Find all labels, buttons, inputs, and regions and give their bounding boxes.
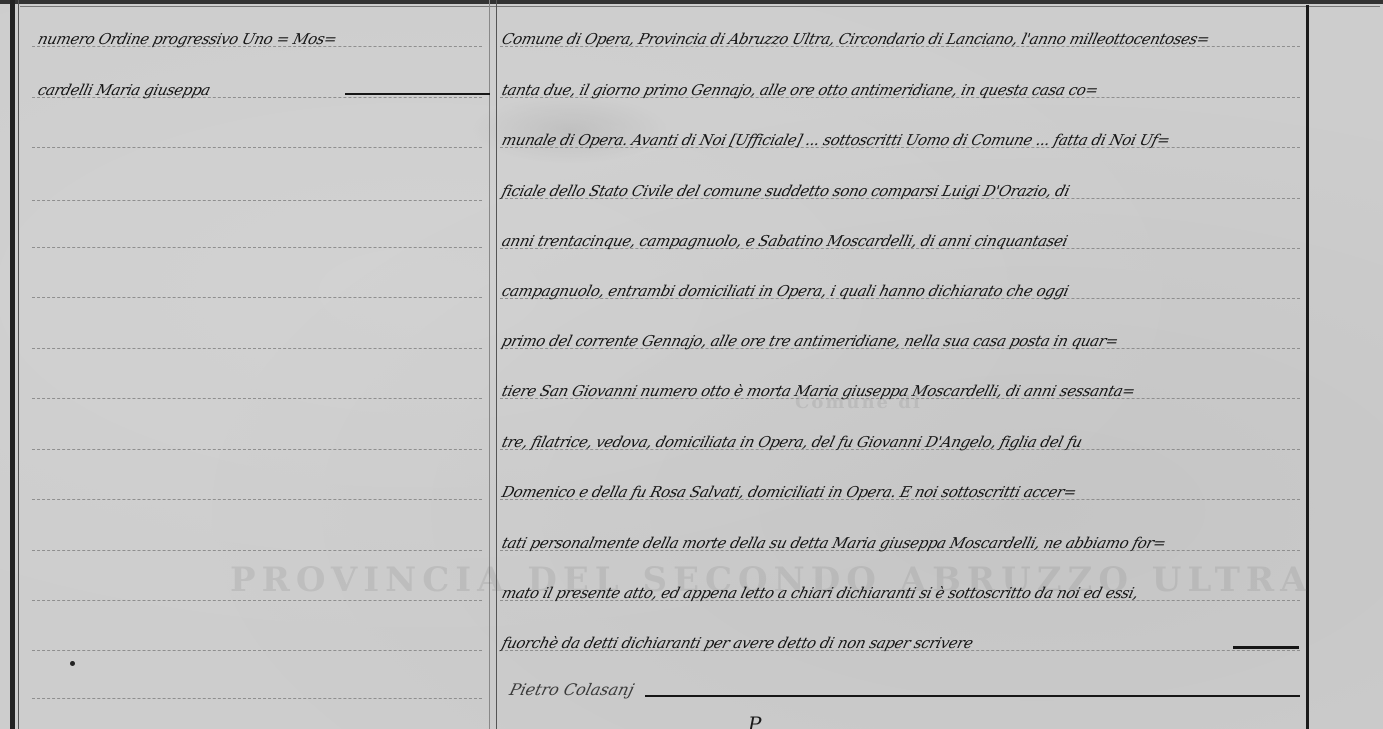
right-margin-border — [1306, 5, 1309, 729]
ink-speck — [70, 661, 75, 666]
record-text-line: mato il presente atto, ed appena letto a… — [500, 584, 1140, 602]
record-text-line: ficiale dello Stato Civile del comune su… — [500, 182, 1071, 200]
fill-dash — [345, 93, 490, 95]
ruled-line — [32, 550, 482, 551]
ruled-line — [32, 600, 482, 601]
record-text-line: tiere San Giovanni numero otto è morta M… — [500, 382, 1137, 400]
officer-signature: Pietro Colasanj — [508, 680, 636, 699]
ruled-line — [32, 200, 482, 201]
coat-of-arms-stamp — [470, 95, 670, 165]
record-text-line: tre, filatrice, vedova, domiciliata in O… — [500, 433, 1084, 451]
record-text-line: Domenico e della fu Rosa Salvati, domici… — [500, 483, 1078, 501]
ruled-line — [32, 449, 482, 450]
record-text-line: munale di Opera. Avanti di Noi [Ufficial… — [500, 131, 1172, 149]
fill-dash — [1233, 646, 1299, 649]
record-text-line: Comune di Opera, Provincia di Abruzzo Ul… — [500, 30, 1211, 48]
registry-page: Comune di PROVINCIA DEL SECONDO ABRUZZO … — [0, 0, 1383, 729]
record-text-line: primo del corrente Gennajo, alle ore tre… — [500, 332, 1120, 350]
ruled-line — [32, 650, 482, 651]
ruled-line — [32, 247, 482, 248]
left-margin-line — [18, 0, 19, 729]
deceased-name-line: cardelli Maria giuseppa — [36, 81, 212, 99]
ruled-line — [32, 147, 482, 148]
record-text-line: tati personalmente della morte della su … — [500, 534, 1168, 552]
ruled-line — [32, 398, 482, 399]
left-binding-edge — [10, 0, 15, 729]
ruled-line — [32, 698, 482, 699]
entry-number-line: numero Ordine progressivo Uno = Mos= — [36, 30, 339, 48]
top-border — [0, 0, 1383, 4]
ruled-line — [32, 297, 482, 298]
record-text-line: fuorchè da detti dichiaranti per avere d… — [500, 634, 975, 652]
next-entry-fragment: P — [748, 712, 761, 729]
ruled-line — [32, 499, 482, 500]
ruled-line — [32, 348, 482, 349]
top-border-thin — [20, 6, 1380, 7]
signature-line — [645, 695, 1300, 697]
record-text-line: anni trentacinque, campagnuolo, e Sabati… — [500, 232, 1069, 250]
record-text-line: tanta due, il giorno primo Gennajo, alle… — [500, 81, 1100, 99]
record-text-line: campagnuolo, entrambi domiciliati in Ope… — [500, 282, 1071, 300]
